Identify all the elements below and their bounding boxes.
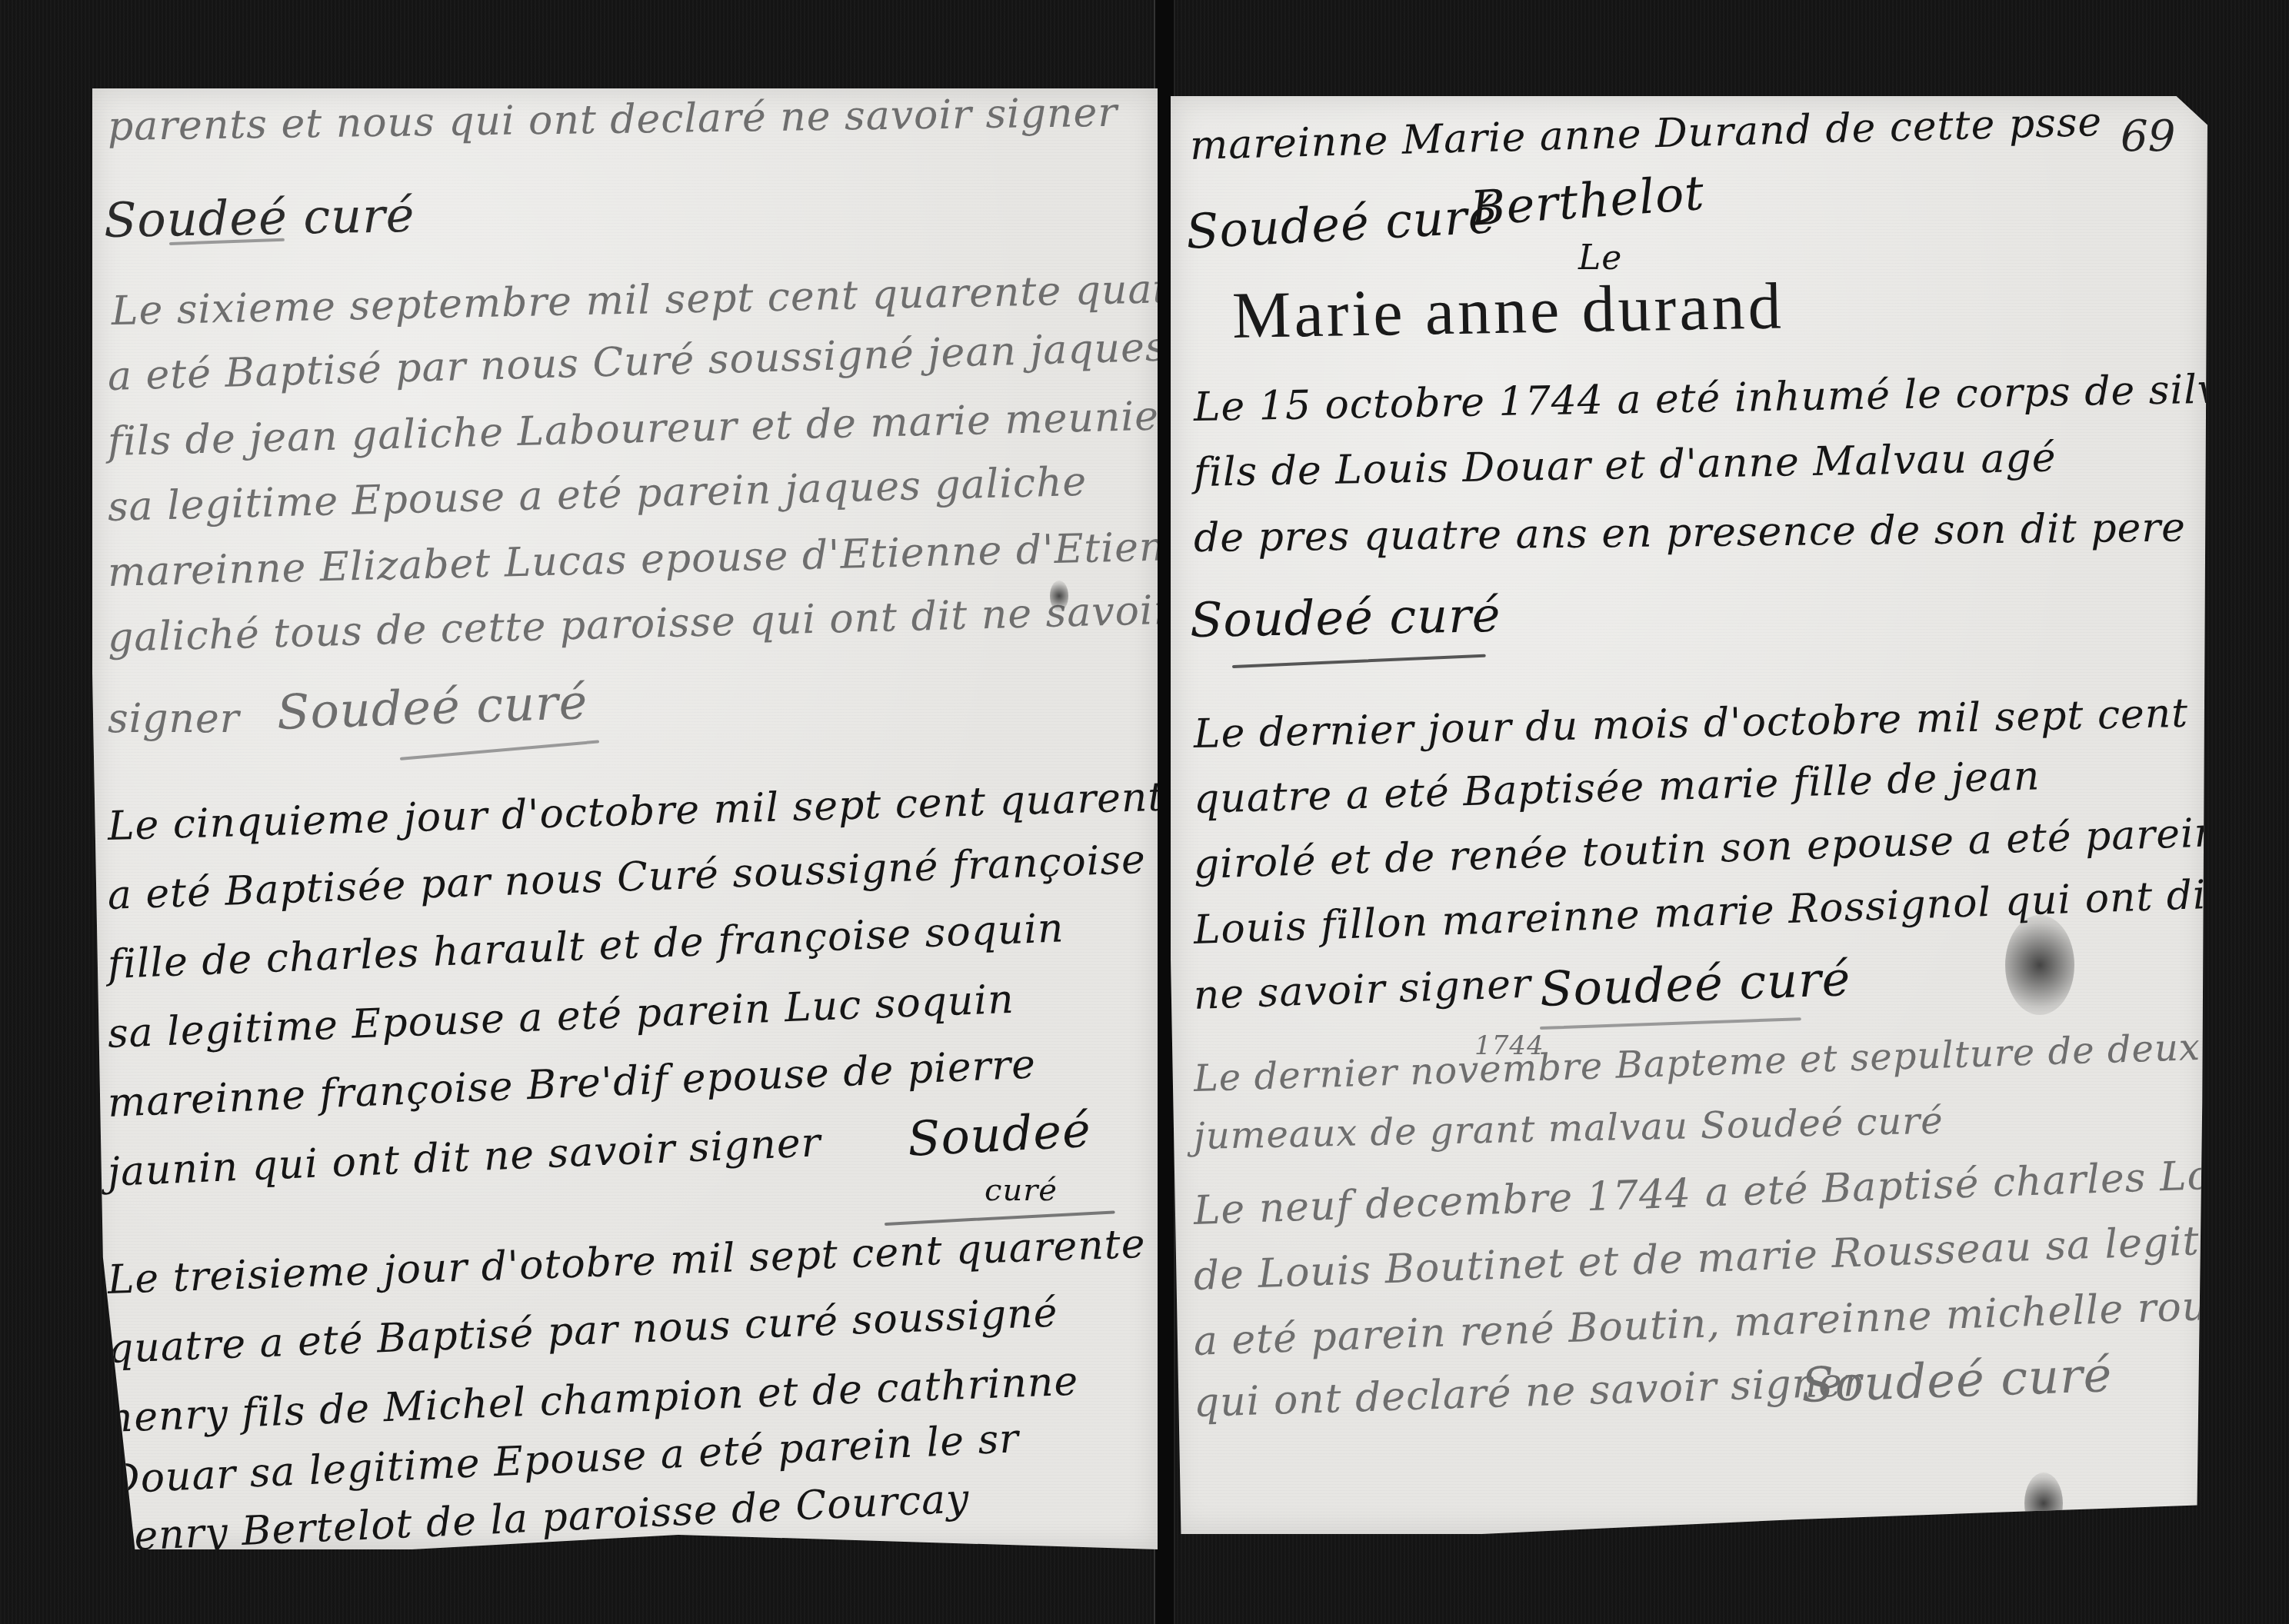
text-line: mareinne Marie anne Durand de cette psse [1189, 99, 2103, 169]
text-line: de pres quatre ans en presence de son di… [1194, 504, 2187, 561]
text-line: ne savoir signer [1193, 961, 1532, 1019]
signature-soudee: Soudeé [906, 1102, 1092, 1167]
text-line: galiché tous de cette paroisse qui ont d… [107, 587, 1174, 661]
text-line: mareinne françoise Bre'dif epouse de pie… [107, 1041, 1037, 1126]
text-line: a eté Baptisé par nous Curé soussigné je… [107, 324, 1167, 400]
text-line: fils de jean galiche Laboureur et de mar… [107, 393, 1179, 465]
text-line: Le 15 octobre 1744 a eté inhumé le corps… [1193, 365, 2285, 431]
ink-blot [2024, 1473, 2063, 1534]
text-line: parents et nous qui ont declaré ne savoi… [108, 90, 1118, 150]
left-page: parents et nous qui ont declaré ne savoi… [92, 88, 1158, 1549]
text-line: jaunin qui ont dit ne savoir signer [107, 1120, 822, 1196]
text-line: Le dernier jour du mois d'octobre mil se… [1193, 686, 2289, 757]
text-line: signer [108, 696, 240, 742]
divider-rule [1232, 654, 1486, 668]
margin-heading-name: Marie anne durand [1231, 267, 1784, 354]
text-line: sa legitime Epouse a eté parein jaques g… [107, 459, 1088, 531]
text-line: quatre a eté Baptisée marie fille de jea… [1193, 753, 2041, 823]
divider-rule [1540, 1017, 1801, 1030]
signature-berthelot: Berthelot [1468, 165, 1706, 237]
page-number: 69 [2121, 111, 2175, 161]
text-line: quatre a eté Baptisé par nous curé souss… [107, 1290, 1059, 1373]
signature-cure: curé [985, 1173, 1058, 1208]
divider-rule [400, 740, 599, 760]
text-line: a eté Baptisée par nous Curé soussigné f… [107, 837, 1147, 919]
signature-soudee: Soudeé curé [1184, 188, 1498, 260]
text-line: Le sixieme septembre mil sept cent quare… [111, 265, 1214, 334]
text-line: Le treisieme jour d'otobre mil sept cent… [107, 1221, 1146, 1303]
text-line: fils de Louis Douar et d'anne Malvau agé [1193, 434, 2057, 496]
ink-blot [1050, 581, 1068, 611]
signature-soudee: Soudeé curé [1539, 950, 1852, 1017]
text-line: sa legitime Epouse a eté parein Luc soqu… [107, 977, 1015, 1057]
right-page: 69 mareinne Marie anne Durand de cette p… [1171, 96, 2207, 1534]
ink-blot [2005, 915, 2074, 1015]
signature-soudee: Soudeé curé [1801, 1346, 2114, 1413]
text-line: qui ont declaré ne savoir signer [1193, 1359, 1864, 1426]
signature-soudee: Soudeé curé [276, 674, 589, 740]
signature-soudee: Soudeé curé [1189, 587, 1501, 648]
text-line: jumeaux de grant malvau Soudeé curé [1193, 1100, 1944, 1158]
text-line: Le cinquieme jour d'octobre mil sept cen… [107, 769, 1341, 850]
text-line: Le dernier novembre Bapteme et sepulture… [1193, 1021, 2289, 1100]
text-line: fille de charles harault et de françoise… [107, 905, 1065, 988]
text-line: mareinne Elizabet Lucas epouse d'Etienne… [107, 523, 1217, 596]
